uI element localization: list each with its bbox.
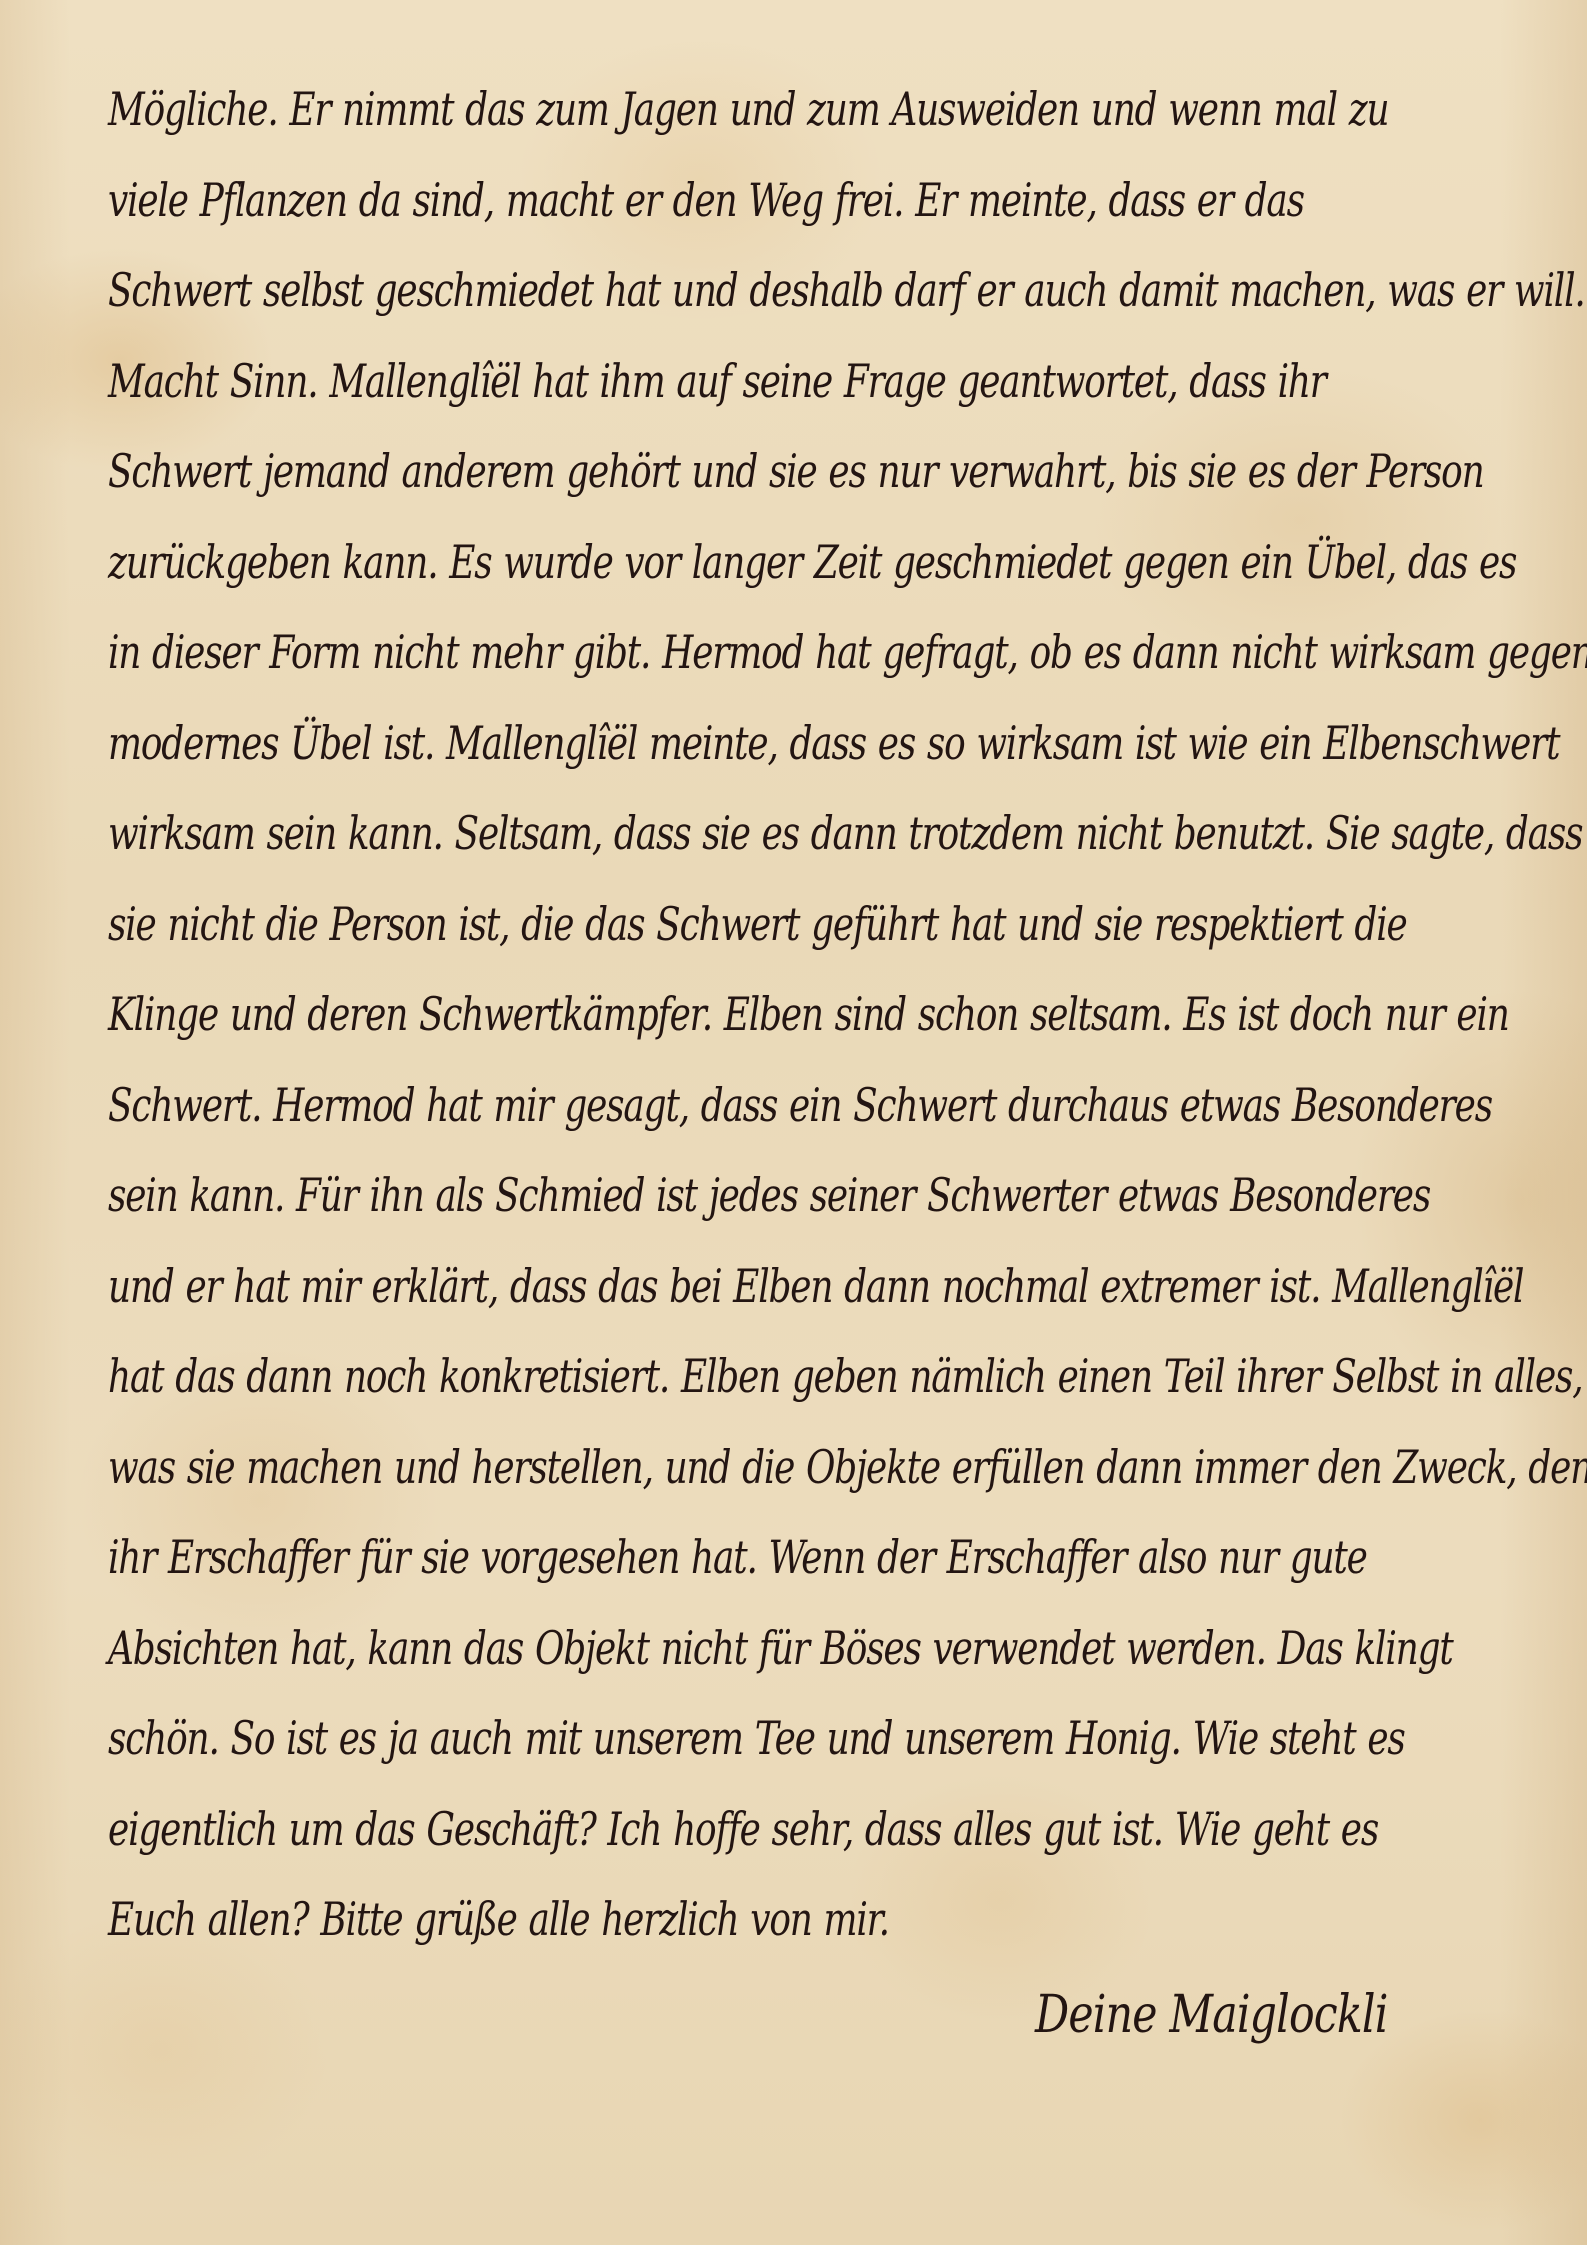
letter-line: was sie machen und herstellen, und die O… bbox=[108, 1422, 1231, 1513]
letter-line: viele Pflanzen da sind, macht er den Weg… bbox=[108, 155, 1231, 246]
letter-line: ihr Erschaffer für sie vorgesehen hat. W… bbox=[108, 1512, 1231, 1603]
letter-line: Macht Sinn. Mallenglîël hat ihm auf sein… bbox=[108, 336, 1231, 427]
letter-line: sie nicht die Person ist, die das Schwer… bbox=[108, 879, 1231, 970]
letter-line: zurückgeben kann. Es wurde vor langer Ze… bbox=[108, 517, 1231, 608]
letter-line: modernes Übel ist. Mallenglîël meinte, d… bbox=[108, 698, 1231, 789]
letter-line: und er hat mir erklärt, dass das bei Elb… bbox=[108, 1241, 1231, 1332]
letter-line: wirksam sein kann. Seltsam, dass sie es … bbox=[108, 788, 1231, 879]
letter-line: eigentlich um das Geschäft? Ich hoffe se… bbox=[108, 1784, 1231, 1875]
letter-line: Schwert selbst geschmiedet hat und desha… bbox=[108, 245, 1231, 336]
parchment-page: Mögliche. Er nimmt das zum Jagen und zum… bbox=[0, 0, 1587, 2245]
letter-line: in dieser Form nicht mehr gibt. Hermod h… bbox=[108, 607, 1231, 698]
letter-line: Schwert jemand anderem gehört und sie es… bbox=[108, 426, 1231, 517]
letter-line: sein kann. Für ihn als Schmied ist jedes… bbox=[108, 1150, 1231, 1241]
letter-line: Klinge und deren Schwertkämpfer. Elben s… bbox=[108, 969, 1231, 1060]
letter-line: schön. So ist es ja auch mit unserem Tee… bbox=[108, 1693, 1231, 1784]
letter-line: Absichten hat, kann das Objekt nicht für… bbox=[108, 1603, 1231, 1694]
letter-line: Euch allen? Bitte grüße alle herzlich vo… bbox=[108, 1874, 1231, 1965]
letter-line: Mögliche. Er nimmt das zum Jagen und zum… bbox=[108, 64, 1231, 155]
signature: Deine Maiglockli bbox=[1035, 1985, 1388, 2045]
letter-line: hat das dann noch konkretisiert. Elben g… bbox=[108, 1331, 1231, 1422]
letter-body: Mögliche. Er nimmt das zum Jagen und zum… bbox=[108, 64, 1548, 1965]
letter-line: Schwert. Hermod hat mir gesagt, dass ein… bbox=[108, 1060, 1231, 1151]
